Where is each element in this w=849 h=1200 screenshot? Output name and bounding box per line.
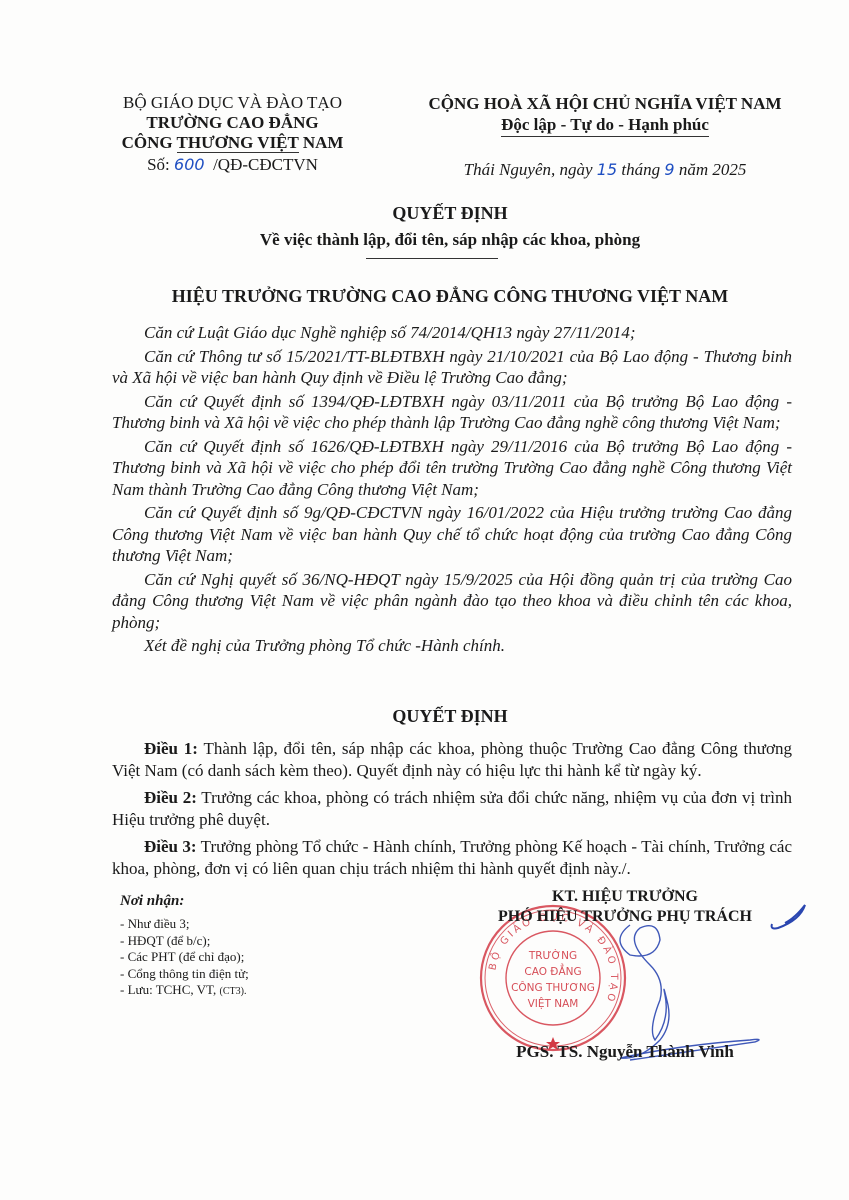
- nation-name: CỘNG HOÀ XÃ HỘI CHỦ NGHĨA VIỆT NAM: [395, 93, 815, 114]
- signature-block: KT. HIỆU TRƯỞNG PHÓ HIỆU TRƯỞNG PHỤ TRÁC…: [455, 887, 795, 927]
- document-number: Số: 600 /QĐ-CĐCTVN: [95, 155, 370, 175]
- place-label: Thái Nguyên, ngày: [464, 160, 593, 179]
- article-label: Điều 3:: [144, 837, 197, 856]
- place-date: Thái Nguyên, ngày 15 tháng 9 năm 2025: [400, 160, 810, 180]
- recipients-block: Nơi nhận: - Như điều 3; - HĐQT (để b/c);…: [120, 893, 380, 1001]
- articles: Điều 1: Thành lập, đổi tên, sáp nhập các…: [112, 738, 792, 885]
- subtitle-divider: [366, 258, 498, 259]
- date-day-handwritten: 15: [597, 160, 617, 179]
- date-month-handwritten: 9: [664, 160, 674, 179]
- article-3: Điều 3: Trưởng phòng Tổ chức - Hành chín…: [112, 836, 792, 879]
- month-label: tháng: [621, 160, 660, 179]
- recipients-list: - Như điều 3; - HĐQT (để b/c); - Các PHT…: [120, 916, 380, 1001]
- doc-number-suffix: /QĐ-CĐCTVN: [213, 155, 318, 174]
- article-text: Thành lập, đổi tên, sáp nhập các khoa, p…: [112, 739, 792, 780]
- svg-text:VIỆT NAM: VIỆT NAM: [528, 997, 579, 1010]
- recipient-code: (CT3).: [220, 986, 247, 997]
- doc-number-handwritten: 600: [174, 155, 205, 174]
- legal-basis: Căn cứ Luật Giáo dục Nghề nghiệp số 74/2…: [112, 322, 792, 344]
- school-name-line2: CÔNG THƯƠNG VIỆT NAM: [95, 133, 370, 153]
- school-name-part: NAM: [299, 133, 344, 152]
- decision-heading: QUYẾT ĐỊNH: [100, 706, 800, 727]
- article-label: Điều 2:: [144, 788, 197, 807]
- article-label: Điều 1:: [144, 739, 198, 758]
- signer-title-line1: KT. HIỆU TRƯỞNG: [455, 887, 795, 907]
- article-text: Trưởng các khoa, phòng có trách nhiệm sử…: [112, 788, 792, 829]
- signer-name: PGS. TS. Nguyễn Thành Vinh: [455, 1042, 795, 1062]
- year-label: năm 2025: [679, 160, 747, 179]
- document-subtitle: Về việc thành lập, đổi tên, sáp nhập các…: [100, 230, 800, 250]
- legal-basis: Căn cứ Nghị quyết số 36/NQ-HĐQT ngày 15/…: [112, 569, 792, 634]
- school-name-part: CÔNG: [122, 133, 177, 152]
- legal-basis: Căn cứ Quyết định số 9g/QĐ-CĐCTVN ngày 1…: [112, 502, 792, 567]
- recipient-item: - Lưu: TCHC, VT, (CT3).: [120, 982, 380, 1001]
- article-2: Điều 2: Trưởng các khoa, phòng có trách …: [112, 787, 792, 830]
- legal-basis: Căn cứ Thông tư số 15/2021/TT-BLĐTBXH ng…: [112, 346, 792, 389]
- legal-basis: Xét đề nghị của Trưởng phòng Tổ chức -Hà…: [112, 635, 792, 657]
- recipients-title: Nơi nhận:: [120, 893, 380, 910]
- doc-number-label: Số:: [147, 155, 170, 174]
- recipient-item: - HĐQT (để b/c);: [120, 933, 380, 950]
- signer-title-line2: PHÓ HIỆU TRƯỞNG PHỤ TRÁCH: [455, 907, 795, 927]
- recipient-item: - Cổng thông tin điện tử;: [120, 966, 380, 983]
- article-text: Trưởng phòng Tổ chức - Hành chính, Trưởn…: [112, 837, 792, 878]
- legal-basis: Căn cứ Quyết định số 1626/QĐ-LĐTBXH ngày…: [112, 436, 792, 501]
- svg-text:CÔNG THƯƠNG: CÔNG THƯƠNG: [511, 981, 595, 994]
- recipient-text: - Lưu: TCHC, VT,: [120, 982, 220, 997]
- ministry-name: BỘ GIÁO DỤC VÀ ĐÀO TẠO: [95, 93, 370, 113]
- svg-text:CAO ĐẲNG: CAO ĐẲNG: [524, 963, 581, 978]
- legal-basis: Căn cứ Quyết định số 1394/QĐ-LĐTBXH ngày…: [112, 391, 792, 434]
- recipient-item: - Như điều 3;: [120, 916, 380, 933]
- issuing-authority: HIỆU TRƯỞNG TRƯỜNG CAO ĐẲNG CÔNG THƯƠNG …: [100, 286, 800, 307]
- article-1: Điều 1: Thành lập, đổi tên, sáp nhập các…: [112, 738, 792, 781]
- issuing-agency-block: BỘ GIÁO DỤC VÀ ĐÀO TẠO TRƯỜNG CAO ĐẲNG C…: [95, 93, 370, 175]
- school-name-underlined: THƯƠNG VIỆT: [177, 133, 299, 153]
- svg-text:TRƯỜNG: TRƯỜNG: [528, 949, 577, 962]
- document-title: QUYẾT ĐỊNH: [100, 203, 800, 224]
- recipient-item: - Các PHT (để chỉ đạo);: [120, 949, 380, 966]
- national-header: CỘNG HOÀ XÃ HỘI CHỦ NGHĨA VIỆT NAM Độc l…: [395, 93, 815, 137]
- school-name-line1: TRƯỜNG CAO ĐẲNG: [95, 113, 370, 133]
- national-motto: Độc lập - Tự do - Hạnh phúc: [501, 114, 709, 137]
- legal-bases: Căn cứ Luật Giáo dục Nghề nghiệp số 74/2…: [112, 322, 792, 659]
